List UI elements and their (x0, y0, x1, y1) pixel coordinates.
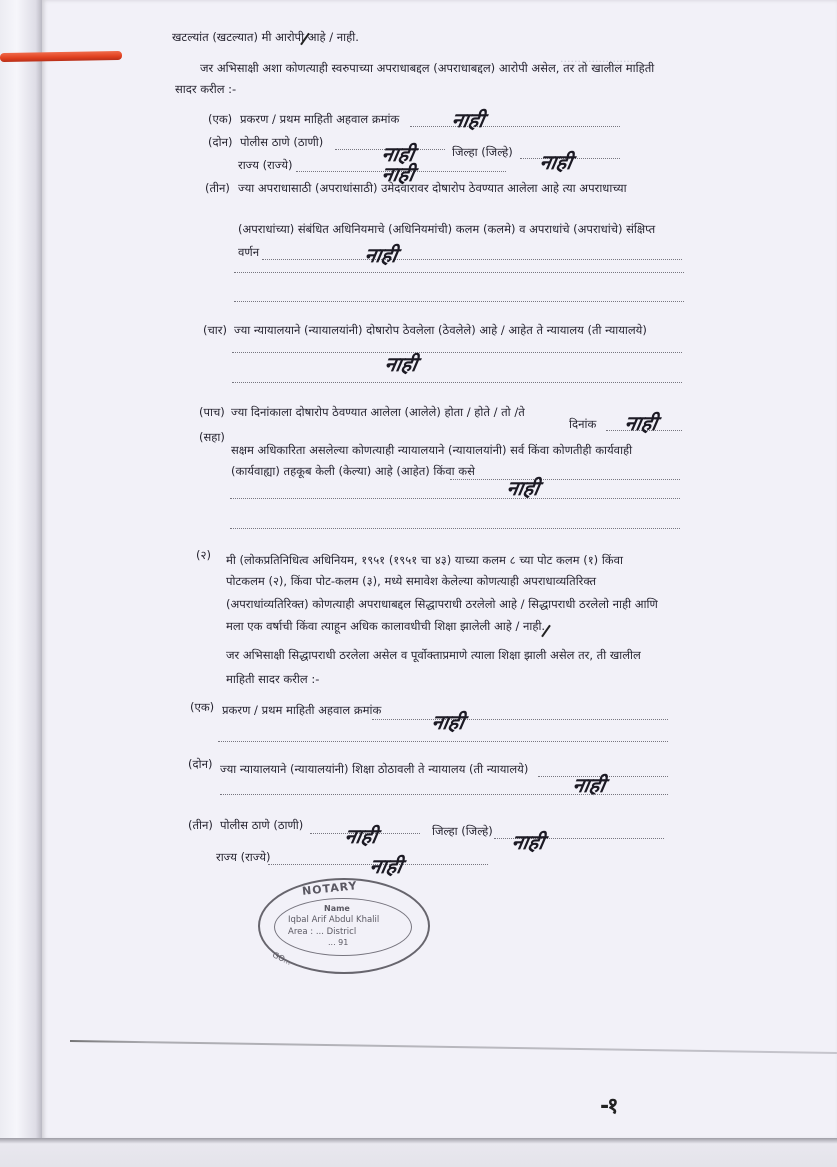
notary-stamp-area: Area : ... Districl (288, 927, 356, 937)
s2-item3-value: नाही (343, 822, 380, 849)
s1-item4-value: नाही (383, 350, 420, 377)
s1-item5-text: ज्या दिनांकाला दोषारोप ठेवण्यात आलेला (आ… (231, 405, 525, 420)
s1-item6-value: नाही (505, 474, 542, 501)
intro-line-2: सादर करील :- (175, 82, 236, 97)
s1-item4-field-line-2 (232, 382, 682, 383)
notary-stamp-title: NOTARY (301, 879, 358, 898)
s1-item3-line1: ज्या अपराधासाठी (अपराधांसाठी) उमेदवारावर… (238, 181, 627, 196)
s1-item3-line2: (अपराधांच्या) संबंधित अधिनियमाचे (अधिनिय… (238, 222, 655, 237)
s1-item6-field-line-3 (230, 528, 680, 529)
s1-item1-field-line (410, 126, 620, 127)
s1-item5-value: नाही (623, 409, 660, 436)
s2-item3-district-label: जिल्हा (जिल्हे) (432, 824, 493, 839)
intro-line-1: जर अभिसाक्षी अशा कोणत्याही स्वरुपाच्या अ… (200, 61, 654, 76)
s1-item6-field-line (450, 479, 680, 480)
s2-number: (२) (196, 548, 211, 563)
s1-item4-text: ज्या न्यायालयाने (न्यायालयांनी) दोषारोप … (234, 323, 647, 338)
s1-item2-text: पोलीस ठाणे (ठाणी) (240, 135, 323, 150)
s2-item2-field-line-2 (220, 794, 668, 795)
s1-item2-label: (दोन) (208, 135, 232, 150)
s1-item2-state-label: राज्य (राज्ये) (238, 158, 293, 173)
s1-item3-field-line-2 (234, 272, 684, 273)
s1-item1-text: प्रकरण / प्रथम माहिती अहवाल क्रमांक (240, 112, 399, 127)
s2-item3-text: पोलीस ठाणे (ठाणी) (220, 818, 303, 833)
s1-item6-field-line-2 (230, 498, 680, 499)
s2-line1: मी (लोकप्रतिनिधित्व अधिनियम, १९५१ (१९५१ … (226, 553, 623, 568)
s1-item1-label: (एक) (208, 112, 232, 127)
s2-item3-state-value: नाही (368, 852, 405, 879)
notary-stamp: NOTARY Name Iqbal Arif Abdul Khalil Area… (258, 878, 430, 974)
s2-item1-label: (एक) (190, 700, 214, 715)
s1-item3-field-line (262, 259, 682, 260)
s1-item5-label: (पाच) (199, 405, 225, 420)
handwritten-page-mark: -१ (600, 1090, 617, 1120)
s2-item1-field-line (372, 719, 668, 720)
top-fragment: खटल्यांत (खटल्यात) मी आरोपी आहे / नाही. (172, 30, 359, 45)
s2-item3-district-value: नाही (510, 828, 547, 855)
s1-item3-label: (तीन) (205, 181, 230, 196)
s1-item3-field-line-3 (234, 301, 684, 302)
s1-item3-line3: वर्णन (238, 245, 259, 260)
s1-item6-line1: सक्षम अधिकारिता असलेल्या कोणत्याही न्याय… (231, 443, 632, 458)
s1-item3-value: नाही (363, 241, 400, 268)
page-binding-edge (0, 0, 42, 1167)
s1-item4-label: (चार) (203, 323, 227, 338)
s2-item1-value: नाही (430, 708, 467, 735)
s2-line4: मला एक वर्षाची किंवा त्याहून अधिक कालावध… (226, 619, 545, 634)
s1-item2-district-label: जिल्हा (जिल्हे) (452, 145, 513, 160)
s2-item2-text: ज्या न्यायालयाने (न्यायालयांनी) शिक्षा ठ… (220, 762, 528, 777)
s1-item6-label: (सहा) (199, 430, 225, 445)
s1-item4-field-line (232, 352, 682, 353)
s2-item2-label: (दोन) (188, 757, 212, 772)
s2-cond-line2: माहिती सादर करील :- (226, 672, 319, 687)
page-bottom-edge (0, 1138, 837, 1167)
s1-item5-date-label: दिनांक (569, 417, 596, 432)
s1-item2-district-value: नाही (538, 148, 575, 175)
notary-stamp-reg: ... 91 (328, 938, 348, 947)
s2-line3: (अपराधांव्यतिरिक्त) कोणत्याही अपराधाबद्द… (226, 597, 658, 612)
notary-stamp-name: Iqbal Arif Abdul Khalil (288, 915, 379, 925)
s2-cond-line1: जर अभिसाक्षी सिद्धापराधी ठरलेला असेल व प… (226, 648, 641, 663)
s2-item1-field-line-2 (218, 741, 668, 742)
s2-item1-text: प्रकरण / प्रथम माहिती अहवाल क्रमांक (222, 703, 381, 718)
notary-stamp-name-label: Name (324, 904, 350, 913)
s1-item1-value: नाही (450, 106, 487, 133)
s2-item3-state-label: राज्य (राज्ये) (216, 850, 271, 865)
s2-item3-label: (तीन) (188, 818, 213, 833)
s2-line2: पोटकलम (२), किंवा पोट-कलम (३), मध्ये समा… (226, 574, 596, 589)
s1-item6-line2: (कार्यवाह्या) तहकूब केली (केल्या) आहे (आ… (231, 464, 475, 479)
